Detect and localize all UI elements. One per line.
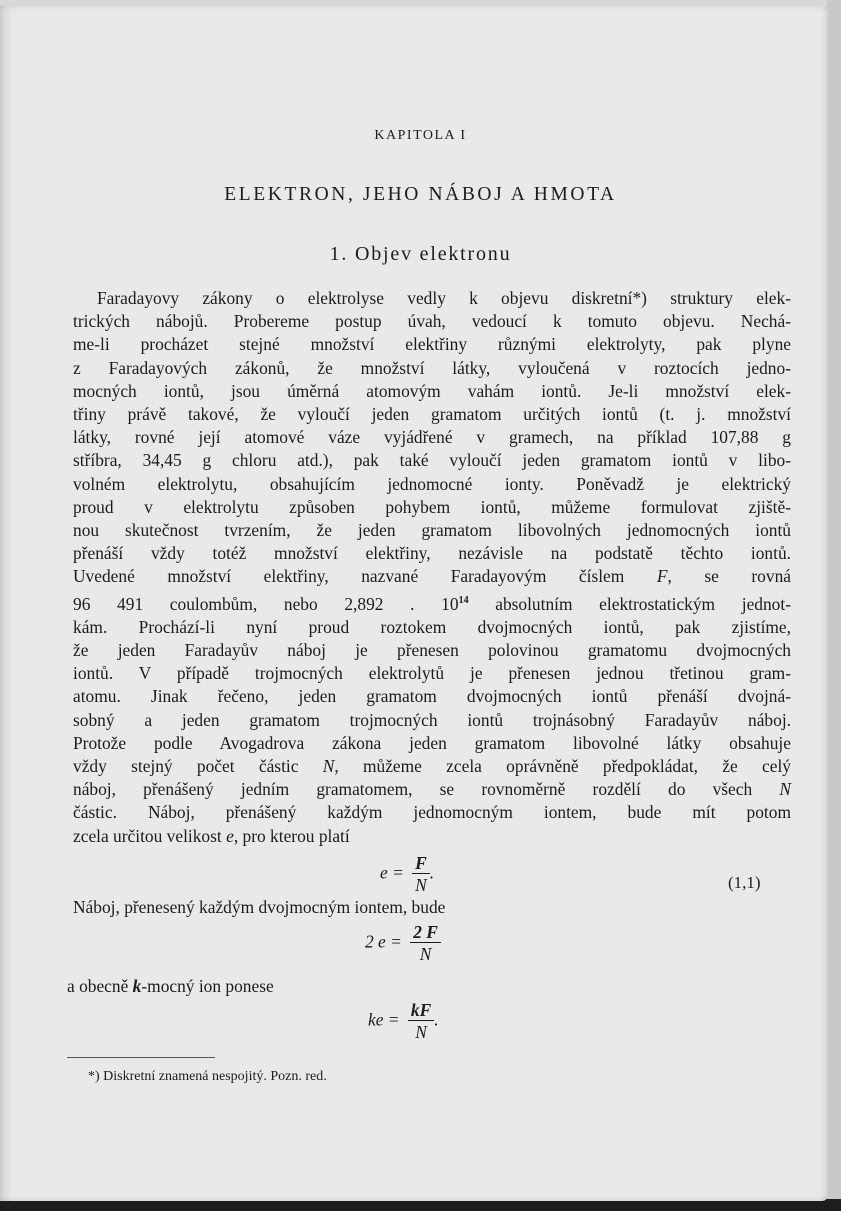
body-line: trických nábojů. Probereme postup úvah, … [73,310,791,333]
equation-2-numerator: 2 F [410,922,441,943]
section-title: 1. Objev elektronu [0,243,841,266]
equation-1-number: (1,1) [728,873,761,893]
body-line: 96 491 coulombům, nebo 2,892 . 1014 abso… [73,589,791,616]
body-line: proud v elektrolytu způsoben pohybem ion… [73,496,791,519]
equation-3-denominator: N [408,1021,434,1043]
body-line: stříbra, 34,45 g chloru atd.), pak také … [73,449,791,472]
body-line: kám. Prochází-li nyní proud roztokem dvo… [73,616,791,639]
body-line: částic. Náboj, přenášený každým jednomoc… [73,801,791,824]
equation-1-trail: . [430,863,434,883]
body-line: atomu. Jinak řečeno, jeden gramatom dvoj… [73,685,791,708]
body-line: mocných iontů, jsou úměrná atomovým vahá… [73,380,791,403]
equation-2-lhs: 2 e = [365,932,402,952]
body-line: třiny právě takové, že vyloučí jeden gra… [73,403,791,426]
body-line: Faradayovy zákony o elektrolyse vedly k … [73,287,791,310]
equation-1-fraction: F N [412,853,430,896]
scan-right-edge [827,0,841,1211]
body-line: iontů. V případě trojmocných elektrolytů… [73,662,791,685]
body-line: me-li procházet stejné množství elektřin… [73,333,791,356]
equation-2-denominator: N [410,943,441,965]
body-line: z Faradayových zákonů, že množství látky… [73,357,791,380]
footnote: *) Diskretní znamená nespojitý. Pozn. re… [88,1069,327,1085]
body-line: přenáší vždy totéž množství elektřiny, n… [73,542,791,565]
text-after-eq2: a obecně k-mocný ion ponese [67,976,274,997]
body-line: že jeden Faradayův náboj je přenesen pol… [73,639,791,662]
body-line: sobný a jeden gramatom trojmocných iontů… [73,709,791,732]
body-line: volném elektrolytu, obsahujícím jednomoc… [73,473,791,496]
equation-1-numerator: F [412,853,430,874]
body-line: zcela určitou velikost e, pro kterou pla… [73,825,791,848]
equation-3-numerator: kF [408,1000,434,1021]
equation-3-trail: . [434,1010,438,1030]
footnote-divider [67,1057,215,1058]
equation-1-denominator: N [412,874,430,896]
equation-1-lhs: e = [380,863,404,883]
equation-3-lhs: ke = [368,1010,400,1030]
body-text: Faradayovy zákony o elektrolyse vedly k … [73,287,791,848]
equation-3-fraction: kF N [408,1000,434,1043]
equation-2: 2 e = 2 F N [365,922,441,965]
equation-1: e = F N . [380,853,434,896]
body-line: látky, rovné její atomové váze vyjádřené… [73,426,791,449]
body-line: nou skutečnost tvrzením, že jeden gramat… [73,519,791,542]
text-after-eq2-content: a obecně k-mocný ion ponese [67,976,274,996]
body-line: Protože podle Avogadrova zákona jeden gr… [73,732,791,755]
text-after-eq1: Náboj, přenesený každým dvojmocným ionte… [73,897,445,918]
equation-3: ke = kF N . [368,1000,439,1043]
chapter-title: ELEKTRON, JEHO NÁBOJ A HMOTA [0,184,841,206]
body-line: Uvedené množství elektřiny, nazvané Fara… [73,565,791,588]
body-line: náboj, přenášený jedním gramatomem, se r… [73,778,791,801]
body-line: vždy stejný počet částic N, můžeme zcela… [73,755,791,778]
equation-2-fraction: 2 F N [410,922,441,965]
chapter-label: KAPITOLA I [0,128,841,144]
